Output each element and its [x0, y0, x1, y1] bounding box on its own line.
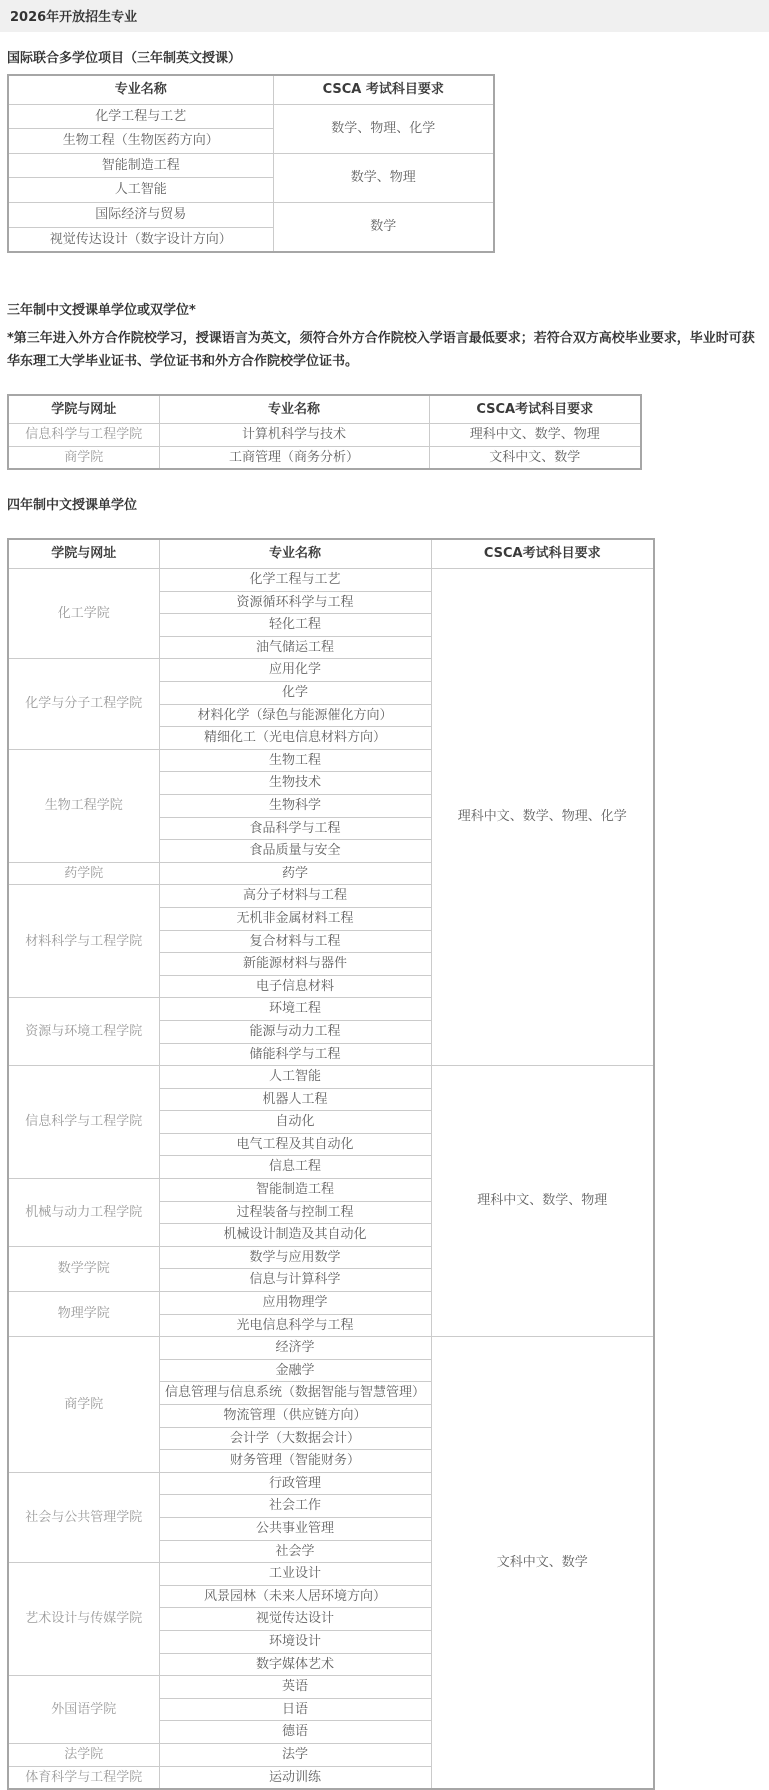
- major-cell: 新能源材料与器件: [159, 953, 431, 976]
- four-year-table-body: 化工学院化学工程与工艺理科中文、数学、物理、化学资源循环科学与工程轻化工程油气储…: [8, 569, 654, 1790]
- page-content: 国际联合多学位项目（三年制英文授课） 专业名称 CSCA 考试科目要求 化学工程…: [0, 47, 769, 1790]
- requirement-cell: 数学、物理、化学: [273, 104, 494, 153]
- major-cell: 智能制造工程: [8, 153, 273, 178]
- major-cell: 日语: [159, 1698, 431, 1721]
- college-link-cell[interactable]: 化工学院: [8, 569, 159, 659]
- major-cell: 环境工程: [159, 998, 431, 1021]
- major-cell: 过程装备与控制工程: [159, 1201, 431, 1224]
- intl-program-title: 国际联合多学位项目（三年制英文授课）: [7, 47, 762, 66]
- major-cell: 电气工程及其自动化: [159, 1133, 431, 1156]
- major-cell: 材料化学（绿色与能源催化方向）: [159, 704, 431, 727]
- table-row: 国际经济与贸易数学: [8, 202, 494, 227]
- requirement-cell: 数学: [273, 202, 494, 252]
- college-link-cell[interactable]: 生物工程学院: [8, 749, 159, 862]
- major-cell: 生物技术: [159, 772, 431, 795]
- major-cell: 视觉传达设计（数字设计方向）: [8, 227, 273, 252]
- major-cell: 化学: [159, 682, 431, 705]
- column-header-csca-requirement: CSCA考试科目要求: [431, 539, 654, 568]
- major-cell: 工业设计: [159, 1563, 431, 1586]
- major-cell: 智能制造工程: [159, 1179, 431, 1202]
- major-cell: 环境设计: [159, 1630, 431, 1653]
- major-cell: 化学工程与工艺: [159, 569, 431, 592]
- major-cell: 社会学: [159, 1540, 431, 1563]
- four-year-table: 学院与网址 专业名称 CSCA考试科目要求 化工学院化学工程与工艺理科中文、数学…: [7, 538, 655, 1790]
- major-cell: 生物科学: [159, 794, 431, 817]
- major-cell: 行政管理: [159, 1472, 431, 1495]
- college-link-cell[interactable]: 商学院: [8, 1337, 159, 1473]
- table-header-row: 专业名称 CSCA 考试科目要求: [8, 75, 494, 104]
- requirement-cell: 文科中文、数学: [431, 1337, 654, 1789]
- major-cell: 复合材料与工程: [159, 930, 431, 953]
- major-cell: 公共事业管理: [159, 1517, 431, 1540]
- three-year-table: 学院与网址 专业名称 CSCA考试科目要求 信息科学与工程学院计算机科学与技术理…: [7, 394, 642, 471]
- college-link-cell[interactable]: 信息科学与工程学院: [8, 1066, 159, 1179]
- major-cell: 经济学: [159, 1337, 431, 1360]
- three-year-title: 三年制中文授课单学位或双学位*: [7, 299, 762, 318]
- college-link-cell[interactable]: 社会与公共管理学院: [8, 1472, 159, 1562]
- major-cell: 工商管理（商务分析）: [159, 446, 429, 469]
- major-cell: 英语: [159, 1676, 431, 1699]
- requirement-cell: 文科中文、数学: [429, 446, 641, 469]
- major-cell: 社会工作: [159, 1495, 431, 1518]
- major-cell: 风景园林（未来人居环境方向）: [159, 1585, 431, 1608]
- major-cell: 资源循环科学与工程: [159, 591, 431, 614]
- major-cell: 能源与动力工程: [159, 1020, 431, 1043]
- college-link-cell[interactable]: 艺术设计与传媒学院: [8, 1563, 159, 1676]
- major-cell: 德语: [159, 1721, 431, 1744]
- major-cell: 人工智能: [8, 178, 273, 203]
- page-header-bar: 2026年开放招生专业: [0, 0, 769, 32]
- table-row: 智能制造工程数学、物理: [8, 153, 494, 178]
- requirement-cell: 理科中文、数学、物理、化学: [431, 569, 654, 1066]
- major-cell: 会计学（大数据会计）: [159, 1427, 431, 1450]
- column-header-major: 专业名称: [159, 539, 431, 568]
- major-cell: 生物工程（生物医药方向）: [8, 129, 273, 154]
- major-cell: 信息与计算科学: [159, 1269, 431, 1292]
- college-link-cell[interactable]: 资源与环境工程学院: [8, 998, 159, 1066]
- college-link-cell[interactable]: 体育科学与工程学院: [8, 1766, 159, 1789]
- major-cell: 药学: [159, 862, 431, 885]
- major-cell: 物流管理（供应链方向）: [159, 1405, 431, 1428]
- college-link-cell[interactable]: 药学院: [8, 862, 159, 885]
- major-cell: 机器人工程: [159, 1088, 431, 1111]
- table-row: 商学院经济学文科中文、数学: [8, 1337, 654, 1360]
- major-cell: 轻化工程: [159, 614, 431, 637]
- major-cell: 高分子材料与工程: [159, 885, 431, 908]
- three-year-footnote: *第三年进入外方合作院校学习，授课语言为英文，须符合外方合作院校入学语言最低要求…: [7, 328, 762, 374]
- table-row: 化工学院化学工程与工艺理科中文、数学、物理、化学: [8, 569, 654, 592]
- college-link-cell[interactable]: 数学学院: [8, 1246, 159, 1291]
- major-cell: 光电信息科学与工程: [159, 1314, 431, 1337]
- major-cell: 信息工程: [159, 1156, 431, 1179]
- college-link-cell[interactable]: 物理学院: [8, 1292, 159, 1337]
- major-cell: 食品科学与工程: [159, 817, 431, 840]
- column-header-college: 学院与网址: [8, 539, 159, 568]
- major-cell: 生物工程: [159, 749, 431, 772]
- intl-program-table-body: 化学工程与工艺数学、物理、化学生物工程（生物医药方向）智能制造工程数学、物理人工…: [8, 104, 494, 252]
- major-cell: 国际经济与贸易: [8, 202, 273, 227]
- major-cell: 自动化: [159, 1111, 431, 1134]
- three-year-table-body: 信息科学与工程学院计算机科学与技术理科中文、数学、物理商学院工商管理（商务分析）…: [8, 424, 641, 470]
- major-cell: 油气储运工程: [159, 636, 431, 659]
- table-row: 信息科学与工程学院计算机科学与技术理科中文、数学、物理: [8, 424, 641, 447]
- college-link-cell[interactable]: 机械与动力工程学院: [8, 1179, 159, 1247]
- major-cell: 应用化学: [159, 659, 431, 682]
- table-header-row: 学院与网址 专业名称 CSCA考试科目要求: [8, 395, 641, 424]
- column-header-college: 学院与网址: [8, 395, 159, 424]
- major-cell: 人工智能: [159, 1066, 431, 1089]
- requirement-cell: 数学、物理: [273, 153, 494, 202]
- column-header-csca-requirement: CSCA考试科目要求: [429, 395, 641, 424]
- major-cell: 储能科学与工程: [159, 1043, 431, 1066]
- major-cell: 无机非金属材料工程: [159, 907, 431, 930]
- major-cell: 视觉传达设计: [159, 1608, 431, 1631]
- major-cell: 机械设计制造及其自动化: [159, 1224, 431, 1247]
- major-cell: 数字媒体艺术: [159, 1653, 431, 1676]
- column-header-major: 专业名称: [8, 75, 273, 104]
- column-header-major: 专业名称: [159, 395, 429, 424]
- four-year-title: 四年制中文授课单学位: [7, 494, 762, 513]
- page-title: 2026年开放招生专业: [10, 10, 137, 25]
- major-cell: 精细化工（光电信息材料方向）: [159, 727, 431, 750]
- college-link-cell[interactable]: 化学与分子工程学院: [8, 659, 159, 749]
- major-cell: 信息管理与信息系统（数据智能与智慧管理）: [159, 1382, 431, 1405]
- column-header-csca-requirement: CSCA 考试科目要求: [273, 75, 494, 104]
- college-link-cell[interactable]: 材料科学与工程学院: [8, 885, 159, 998]
- college-link-cell[interactable]: 信息科学与工程学院: [8, 424, 159, 447]
- major-cell: 计算机科学与技术: [159, 424, 429, 447]
- college-link-cell[interactable]: 商学院: [8, 446, 159, 469]
- table-row: 化学工程与工艺数学、物理、化学: [8, 104, 494, 129]
- table-row: 信息科学与工程学院人工智能理科中文、数学、物理: [8, 1066, 654, 1089]
- major-cell: 应用物理学: [159, 1292, 431, 1315]
- major-cell: 金融学: [159, 1359, 431, 1382]
- intl-program-table: 专业名称 CSCA 考试科目要求 化学工程与工艺数学、物理、化学生物工程（生物医…: [7, 74, 495, 253]
- college-link-cell[interactable]: 外国语学院: [8, 1676, 159, 1744]
- requirement-cell: 理科中文、数学、物理: [431, 1066, 654, 1337]
- major-cell: 化学工程与工艺: [8, 104, 273, 129]
- major-cell: 数学与应用数学: [159, 1246, 431, 1269]
- major-cell: 食品质量与安全: [159, 840, 431, 863]
- requirement-cell: 理科中文、数学、物理: [429, 424, 641, 447]
- major-cell: 运动训练: [159, 1766, 431, 1789]
- major-cell: 法学: [159, 1743, 431, 1766]
- major-cell: 电子信息材料: [159, 975, 431, 998]
- college-link-cell[interactable]: 法学院: [8, 1743, 159, 1766]
- major-cell: 财务管理（智能财务）: [159, 1450, 431, 1473]
- table-header-row: 学院与网址 专业名称 CSCA考试科目要求: [8, 539, 654, 568]
- table-row: 商学院工商管理（商务分析）文科中文、数学: [8, 446, 641, 469]
